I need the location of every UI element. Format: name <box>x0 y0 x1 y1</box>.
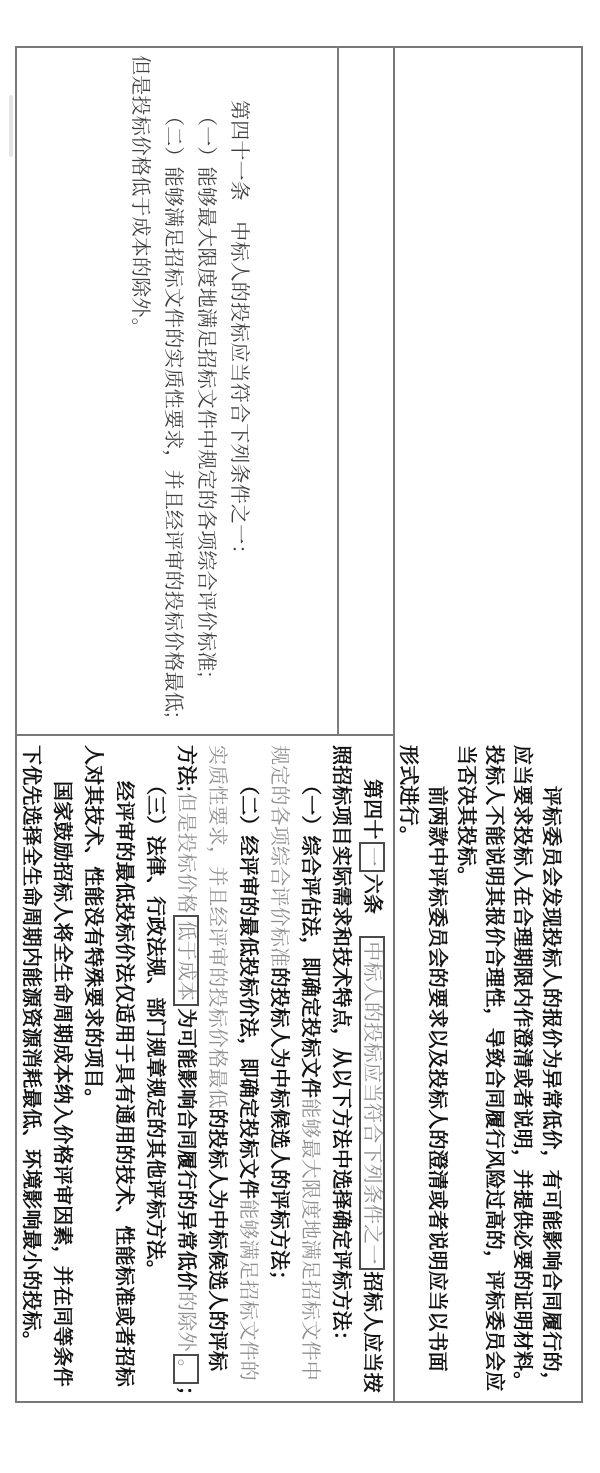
text-segment: 的投标人为中标候选人的评标 <box>206 1109 228 1372</box>
text-segment: ； <box>175 1386 197 1406</box>
text-segment: 第四十 <box>361 779 383 840</box>
text-line: 当否决其投标。 <box>453 745 479 886</box>
text-segment: 投标人不能说明其报价合理性，导致合同履行风险过高的，评标委员会应 <box>483 745 505 1391</box>
deleted-text-box: 一 <box>359 842 385 872</box>
deleted-text-box: 低于成本 <box>173 915 199 1006</box>
text-segment: 的投标人为中标候选人的评标方法； <box>268 967 290 1290</box>
text-segment: 能够满足招标文件的 <box>237 1199 259 1381</box>
text-segment: 但是投标价格低于成本的除外。 <box>129 55 151 338</box>
scan-smudge <box>9 95 13 157</box>
text-line: 照招标项目实际需求和技术特点，从以下方法中选择确定评标方法： <box>328 745 354 1351</box>
text-line: （一）能够最大限度地满足招标文件中规定的各项综合评价标准; <box>193 106 219 677</box>
text-segment: 能够最大限度地满足招标文件中 <box>299 1098 321 1381</box>
table-column-divider <box>15 734 395 736</box>
deleted-text-box: 中标人的投标应当符合下列条件之一 <box>359 936 385 1269</box>
text-line: 人对其技术、性能没有特殊要求的项目。 <box>80 745 106 1109</box>
text-segment: 为可能影响合同履行的异常低价 <box>175 1008 197 1291</box>
text-line: 第四十一六条 中标人的投标应当符合下列条件之一招标人应当按 <box>359 779 385 1393</box>
text-line: 国家鼓励招标人将全生命周期成本纳入价格评审因素，并在同等条件 <box>49 781 75 1387</box>
text-segment: 但是投标价格 <box>175 792 197 913</box>
deleted-text-box: 。 <box>173 1354 199 1384</box>
text-line: （二）能够满足招标文件的实质性要求，并且经评审的投标价格最低; <box>160 106 186 718</box>
text-line: 实质性要求，并且经评审的投标价格最低的投标人为中标候选人的评标 <box>204 745 230 1371</box>
text-segment: （二）经评审的最低投标价法，即确定投标文件 <box>237 775 259 1199</box>
text-line: 投标人不能说明其报价合理性，导致合同履行风险过高的，评标委员会应 <box>481 745 507 1391</box>
text-segment: 形式进行。 <box>397 745 419 846</box>
rotated-page: 评标委员会发现投标人的报价为异常低价，有可能影响合同履行的， 应当要求投标人在合… <box>0 0 600 1473</box>
text-segment: 人对其技术、性能没有特殊要求的项目。 <box>82 745 104 1109</box>
text-segment: 六条 <box>361 874 383 935</box>
text-segment: 下优先选择全生命周期内能源资源消耗最低、环境影响最小的投标。 <box>20 745 42 1351</box>
text-segment: 照招标项目实际需求和技术特点，从以下方法中选择确定评标方法： <box>330 745 352 1351</box>
text-line: 但是投标价格低于成本的除外。 <box>127 55 153 338</box>
text-segment: 实质性要求，并且经评审的投标价格最低 <box>206 745 228 1109</box>
text-segment: 评标委员会发现投标人的报价为异常低价，有可能影响合同履行的， <box>540 786 562 1392</box>
text-segment: 当否决其投标。 <box>455 745 477 886</box>
text-line: 前两款中评标委员会的要求以及投标人的澄清或者说明应当以书面 <box>424 786 450 1372</box>
text-segment: 方法; <box>175 745 197 792</box>
table-row-divider-left <box>337 46 339 736</box>
text-line: （一）综合评估法，即确定投标文件能够最大限度地满足招标文件中 <box>297 775 323 1381</box>
text-line: 第四十一条 中标人的投标应当符合下列条件之一： <box>226 100 252 565</box>
text-line: 形式进行。 <box>395 745 421 846</box>
table-row-divider-full <box>393 46 395 1403</box>
text-segment: 前两款中评标委员会的要求以及投标人的澄清或者说明应当以书面 <box>426 786 448 1372</box>
text-line: 经评审的最低投标价法仅适用于具有通用的技术、性能标准或者招标 <box>111 781 137 1387</box>
scanned-document-page: 评标委员会发现投标人的报价为异常低价，有可能影响合同履行的， 应当要求投标人在合… <box>0 0 600 1473</box>
text-line: 评标委员会发现投标人的报价为异常低价，有可能影响合同履行的， <box>538 786 564 1392</box>
text-line: 下优先选择全生命周期内能源资源消耗最低、环境影响最小的投标。 <box>18 745 44 1351</box>
text-segment: 国家鼓励招标人将全生命周期成本纳入价格评审因素，并在同等条件 <box>51 781 73 1387</box>
text-segment: （一）能够最大限度地满足招标文件中规定的各项综合评价标准; <box>195 106 217 677</box>
text-line: （三）法律、行政法规、部门规章规定的其他评标方法。 <box>142 775 168 1280</box>
text-segment: 经评审的最低投标价法仅适用于具有通用的技术、性能标准或者招标 <box>113 781 135 1387</box>
text-segment: 第四十一条 中标人的投标应当符合下列条件之一： <box>228 100 250 565</box>
text-segment: （三）法律、行政法规、部门规章规定的其他评标方法。 <box>144 775 166 1280</box>
text-line: （二）经评审的最低投标价法，即确定投标文件能够满足招标文件的 <box>235 775 261 1381</box>
text-segment: 的除外 <box>175 1291 197 1352</box>
text-line: 应当要求投标人在合理期限内作澄清或者说明，并提供必要的证明材料。 <box>509 745 535 1391</box>
text-segment: 招标人应当按 <box>361 1272 383 1393</box>
text-line: 方法;但是投标价格低于成本为可能影响合同履行的异常低价的除外。； <box>173 745 199 1406</box>
text-line: 规定的各项综合评价标准的投标人为中标候选人的评标方法； <box>266 745 292 1290</box>
text-segment: 规定的各项综合评价标准 <box>268 745 290 967</box>
text-segment: （二）能够满足招标文件的实质性要求，并且经评审的投标价格最低; <box>162 106 184 718</box>
text-segment: （一）综合评估法，即确定投标文件 <box>299 775 321 1098</box>
text-segment: 应当要求投标人在合理期限内作澄清或者说明，并提供必要的证明材料。 <box>511 745 533 1391</box>
